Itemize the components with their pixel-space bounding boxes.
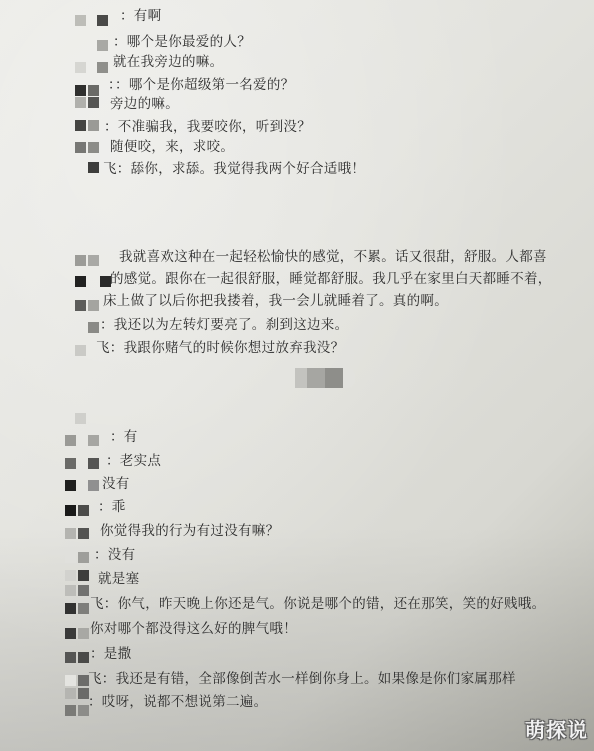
- dialogue-line: ：有啊: [120, 7, 161, 25]
- dialogue-line: 你对哪个都没得这么好的脾气哦！: [90, 620, 297, 638]
- paragraph-line: 床上做了以后你把我搂着，我一会儿就睡着了。真的啊。: [103, 292, 448, 310]
- dialogue-line: 随便咬，来，求咬。: [110, 138, 234, 156]
- watermark-logo: 萌探说: [525, 714, 588, 743]
- dialogue-line: ：哪个是你最爱的人？: [113, 33, 251, 51]
- paragraph-line: 的感觉。跟你在一起很舒服，睡觉都舒服。我几乎在家里白天都睡不着，: [110, 270, 552, 288]
- dialogue-line: ：不准骗我，我要咬你，听到没？: [104, 118, 311, 136]
- dialogue-line: ：：哪个是你超级第一名爱的？: [108, 76, 294, 94]
- dialogue-line: 飞：我跟你赌气的时候你想过放弃我没？: [96, 339, 344, 357]
- dialogue-line: ：乖: [98, 498, 126, 516]
- paragraph-line: 我就喜欢这种在一起轻松愉快的感觉，不累。话又很甜，舒服。人都喜: [119, 248, 547, 266]
- dialogue-line: ：是撒: [90, 645, 131, 663]
- dialogue-line: 飞：舔你，求舔。我觉得我两个好合适哦！: [103, 160, 365, 178]
- dialogue-line: 就在我旁边的嘛。: [113, 53, 223, 71]
- dialogue-line: ：没有: [94, 546, 135, 564]
- dialogue-line: 飞：我还是有错，全部像倒苦水一样倒你身上。如果像是你们家属那样: [88, 670, 516, 688]
- dialogue-line: 旁边的嘛。: [110, 95, 179, 113]
- dialogue-line: ：老实点: [106, 452, 161, 470]
- dialogue-line: 没有: [102, 475, 130, 493]
- dialogue-line: 就是塞: [98, 570, 139, 588]
- dialogue-line: 你觉得我的行为有过没有嘛？: [100, 522, 279, 540]
- dialogue-line: ：我还以为左转灯要亮了。刹到这边来。: [100, 316, 348, 334]
- dialogue-line: 飞：你气，昨天晚上你还是气。你说是哪个的错，还在那笑，笑的好贱哦。: [90, 595, 545, 613]
- dialogue-line: ：哎呀，说都不想说第二遍。: [88, 693, 267, 711]
- dialogue-line: ：有: [110, 428, 138, 446]
